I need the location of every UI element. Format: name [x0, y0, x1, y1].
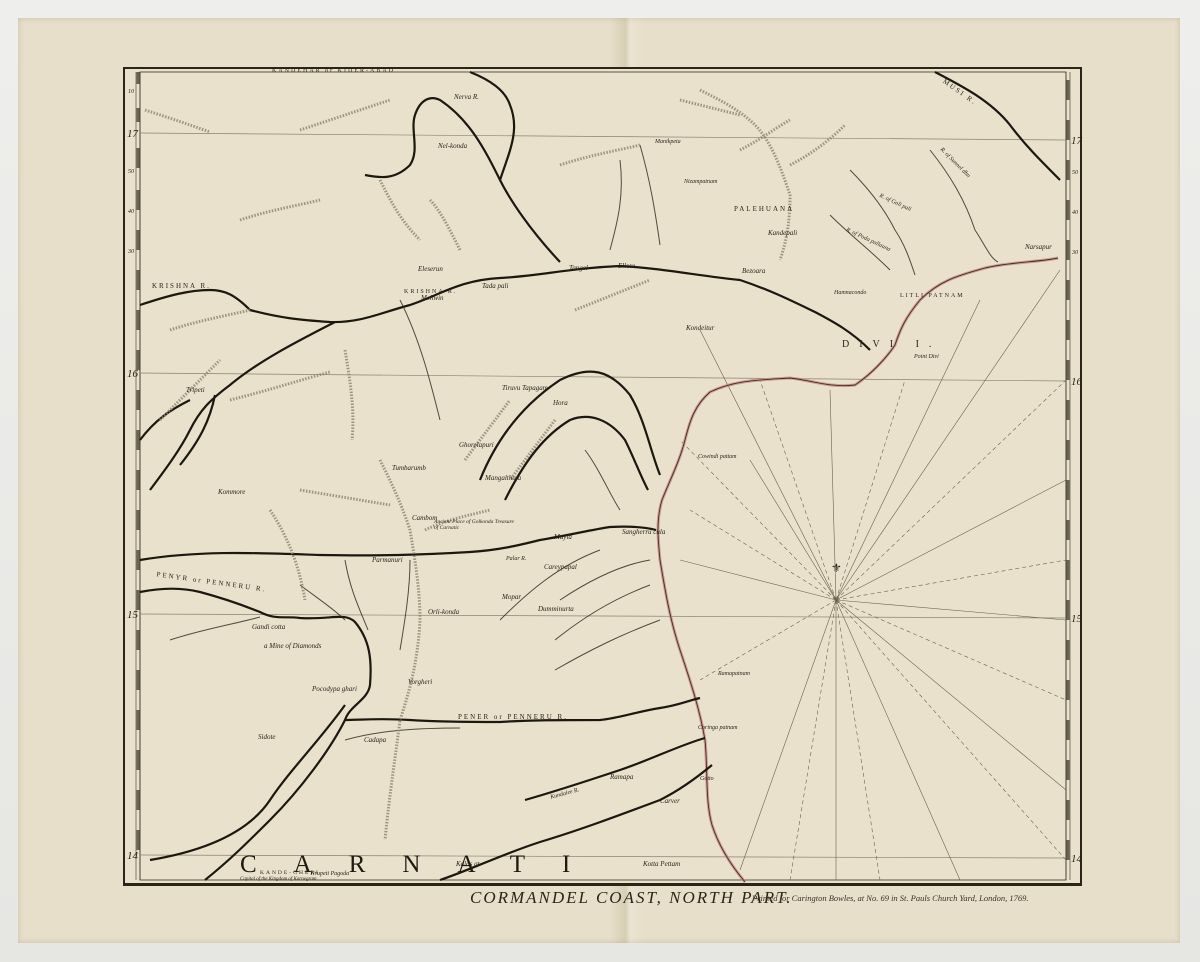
place-label: Narsapur [1025, 243, 1052, 251]
place-label: Manikpeta [655, 139, 681, 145]
place-label: Tripeti [186, 386, 205, 394]
compass-rose-rhumb-lines [680, 270, 1066, 880]
latitude-label-15-left: 15 [127, 609, 138, 621]
latitude-scale-right [1066, 72, 1070, 880]
place-label: Sidote [258, 733, 276, 741]
latitude-label-17-left: 17 [127, 128, 138, 140]
place-label: Kandepali [768, 229, 797, 237]
place-label: Tada pali [482, 282, 508, 290]
latitude-label-17-right: 17 [1071, 135, 1082, 147]
latitude-label-15-right: 15 [1071, 613, 1082, 625]
latitude-label-14-right: 14 [1071, 853, 1082, 865]
place-label: Mehwin [421, 294, 444, 302]
minute-tick: 30 [128, 249, 134, 255]
place-label: Mayla [554, 533, 572, 541]
place-label: Gandi cotta [252, 623, 285, 631]
place-label: Hora [553, 399, 568, 407]
place-label: Ramapa [610, 773, 633, 781]
latitude-label-16-left: 16 [127, 368, 138, 380]
place-label: Coringa patnam [698, 725, 738, 731]
map-drawing: ⚜ [0, 0, 1200, 962]
place-label: Bezoara [742, 267, 765, 275]
place-label: Point Divi [914, 354, 939, 360]
latitude-label-16-right: 16 [1071, 376, 1082, 388]
region-label-carnatic: CARNATI [240, 851, 607, 879]
place-label: Tumbarumb [392, 464, 426, 472]
place-label: Sangherru cula [622, 528, 665, 536]
place-label: Ellore [618, 262, 635, 270]
place-label: Kotta Pettam [643, 860, 680, 868]
latitude-lines [140, 133, 1066, 858]
place-label: Dumminurta [538, 605, 574, 613]
place-label: Tangel [569, 264, 588, 272]
place-label: Nizampatnam [684, 179, 717, 185]
minute-tick: 40 [1072, 210, 1078, 216]
place-label: Carver [660, 797, 680, 805]
place-label: DIVI I. [842, 339, 941, 350]
place-label: Kommore [218, 488, 245, 496]
place-label: Mopar [502, 593, 521, 601]
river-label: KRISHNA R. [152, 282, 211, 290]
place-label: Ghorelapuri [459, 441, 494, 449]
minute-tick: 50 [128, 169, 134, 175]
place-label: Orli-konda [428, 608, 459, 616]
place-label: PALEHUANA [734, 205, 794, 213]
place-label: Cadapa [364, 736, 386, 744]
place-label: Vorgheri [408, 678, 432, 686]
minute-tick: 10 [128, 89, 134, 95]
river-label: Palar R. [506, 556, 526, 562]
place-label: Mangalthuta [485, 474, 521, 482]
place-label: LITLI PATNAM [900, 293, 965, 299]
place-label: Eleserun [418, 265, 443, 273]
place-label: Hamnacondo [834, 290, 866, 296]
river-label: Nerva R. [454, 93, 479, 101]
mountain-ranges [145, 90, 845, 840]
place-label: Pocodypa ghari [312, 685, 357, 693]
latitude-label-14-left: 14 [127, 850, 138, 862]
fleur-de-lis-icon: ⚜ [831, 561, 842, 575]
place-label: Ramapatnam [718, 671, 750, 677]
place-label: Nel-konda [438, 142, 467, 150]
place-label: a Mine of Diamonds [264, 642, 321, 650]
minute-tick: 40 [128, 209, 134, 215]
place-label: Tiruvu Tapagam [502, 384, 548, 392]
river-label: PENER or PENNERU R. [458, 713, 568, 721]
place-label: Parmanuri [372, 556, 403, 564]
place-label: Ancient Place of Golkonda Treasure of Ca… [434, 519, 514, 531]
publisher-imprint: Printed for Carington Bowles, at No. 69 … [752, 893, 1029, 903]
minute-tick: 30 [1072, 250, 1078, 256]
place-label: KANDEHAR or KIDER-ABAD [272, 68, 395, 74]
place-label: Careypapal [544, 563, 577, 571]
place-label: Cowindi pattam [698, 454, 737, 460]
place-label: Kondeitur [686, 324, 714, 332]
place-label: Gotto [700, 776, 714, 782]
minute-tick: 50 [1072, 170, 1078, 176]
map-title: COR­MANDEL COAST, NORTH PART. [470, 888, 793, 908]
rivers [140, 72, 1060, 880]
